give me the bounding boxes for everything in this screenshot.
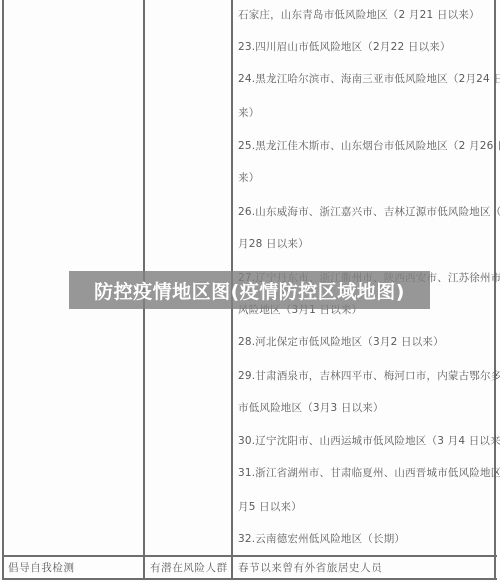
- document-page: 石家庄，山东青岛市低风险地区（2 月21 日以来） 23.四川眉山市低风险地区（…: [0, 0, 500, 582]
- list-line: 32.云南德宏州低风险地区（长期）: [238, 532, 405, 546]
- list-line: 29.甘肃酒泉市，吉林四平市、梅河口市，内蒙古鄂尔多斯: [238, 369, 500, 383]
- table-border-bottom: [3, 578, 497, 580]
- title-banner: 防控疫情地区图(疫情防控区域地图): [69, 271, 430, 309]
- list-line: 26.山东威海市、浙江嘉兴市、吉林辽源市低风险地区（2: [238, 205, 500, 219]
- cell-target-group: 有潜在风险人群: [150, 561, 228, 575]
- list-line: 31.浙江省湖州市、甘肃临夏州、山西晋城市低风险地区（3: [238, 466, 500, 480]
- list-line: 市低风险地区（3月3 日以来）: [238, 401, 384, 415]
- banner-title: 防控疫情地区图(疫情防控区域地图): [94, 277, 405, 304]
- list-line: 25.黑龙江佳木斯市、山东烟台市低风险地区（2 月26 日以: [238, 139, 500, 153]
- list-line: 来）: [238, 171, 259, 185]
- table-row-divider: [3, 555, 497, 557]
- cell-criteria: 春节以来曾有外省旅居史人员: [238, 561, 382, 575]
- cell-measure: 倡导自我检测: [8, 561, 75, 575]
- table-border-right: [494, 0, 496, 580]
- table-border-left: [2, 0, 4, 580]
- list-line: 28.河北保定市低风险地区（3月2 日以来）: [238, 335, 444, 349]
- list-line: 月5 日以来）: [238, 500, 302, 514]
- list-line: 石家庄，山东青岛市低风险地区（2 月21 日以来）: [238, 8, 480, 22]
- list-line: 30.辽宁沈阳市、山西运城市低风险地区（3 月4 日以来）: [238, 434, 500, 448]
- list-line: 23.四川眉山市低风险地区（2月22 日以来）: [238, 40, 451, 54]
- list-line: 月28 日以来）: [238, 237, 309, 251]
- list-line: 24.黑龙江哈尔滨市、海南三亚市低风险地区（2月24 日以: [238, 72, 500, 86]
- list-line: 来）: [238, 106, 259, 120]
